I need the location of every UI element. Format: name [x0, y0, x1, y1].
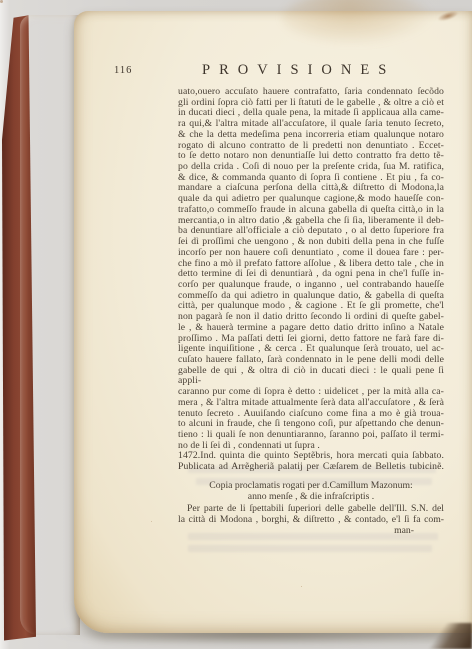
body-paragraph: uato,ouero accuſato hauere contrafatto, … [178, 87, 444, 451]
centered-heading: Copia proclamatis rogati per d.Camillum … [178, 480, 444, 502]
text-line: & che la detta medeſima pena incorreria … [178, 130, 444, 141]
text-line: la città di Modona , borghi, & diſtretto… [178, 514, 444, 525]
text-line: Copia proclamatis rogati per d.Camillum … [178, 480, 444, 491]
text-line: Publicata ad Arrẽgheriã palatij per Cæſa… [178, 462, 444, 473]
text-line: anno menſe , & die infraſcriptis . [178, 491, 444, 502]
text-line: gabelle de qui , & oltra di ciò in ducat… [178, 366, 444, 387]
page-header: 116 PROVISIONES [112, 62, 444, 80]
text-line: Per parte de li ſpettabili ſuperiori del… [178, 503, 444, 514]
text-line: incorſo per non hauere coſi denuntiato ,… [178, 248, 444, 259]
bottom-right-shadow [414, 623, 472, 649]
catchword: man- [178, 525, 444, 537]
running-header: PROVISIONES [202, 62, 395, 79]
date-lines: 1472.Ind. quinta die quinto Septẽbris, h… [178, 451, 444, 472]
foxing-spots [0, 0, 3, 3]
page-fore-edge-stack [20, 15, 80, 635]
text-line: le , & hauerà termine a pagare detto dat… [178, 323, 444, 334]
bleedthrough-line [188, 545, 432, 552]
text-line: mera , & l'altra mitade attualmente ſerà… [178, 398, 444, 409]
closing-paragraph: Per parte de li ſpettabili ſuperiori del… [178, 503, 444, 525]
photo-background: 116 PROVISIONES uato,ouero accuſato haue… [0, 0, 472, 649]
folio-number: 116 [114, 65, 132, 76]
text-block: uato,ouero accuſato hauere contrafatto, … [178, 87, 444, 536]
